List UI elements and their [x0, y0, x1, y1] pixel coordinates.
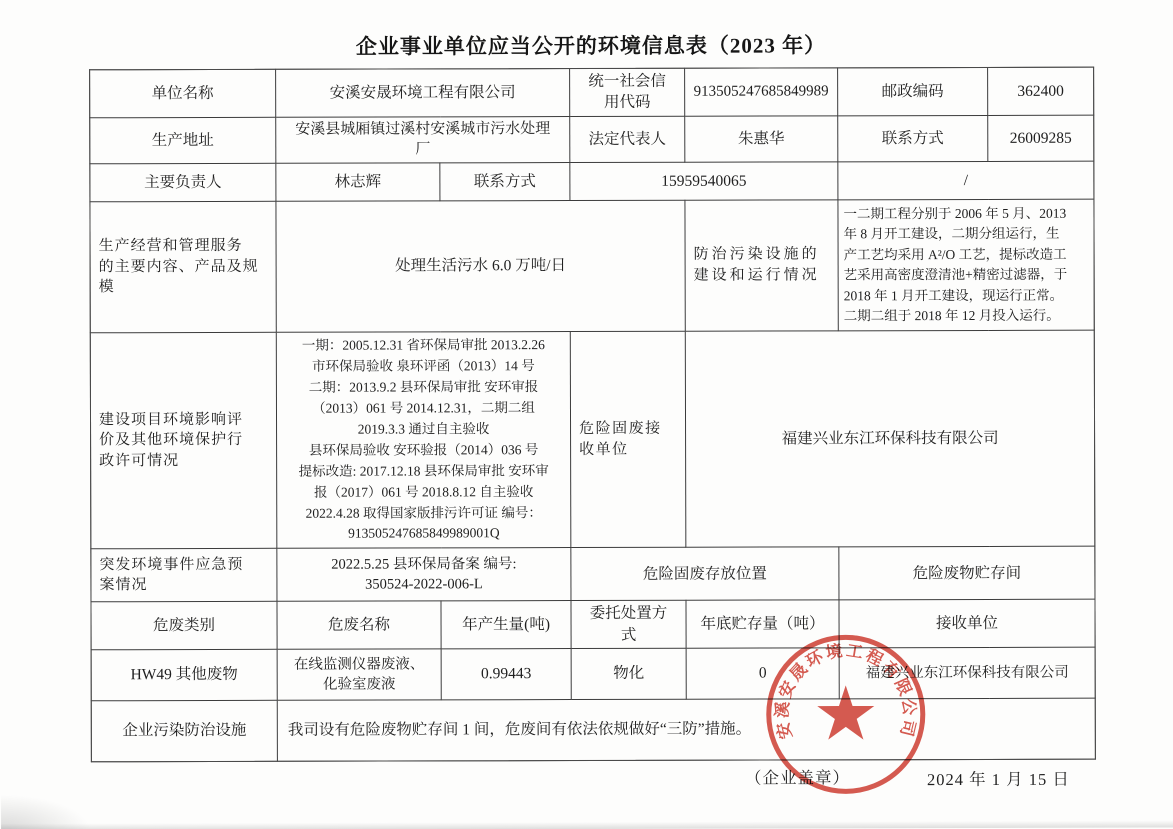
eia-value: 一期：2005.12.31 省环保局审批 2013.2.26 市环保局验收 泉环… — [276, 332, 571, 549]
emergency-plan-value: 2022.5.25 县环保局备案 编号: 350524-2022-006-L — [277, 548, 571, 602]
unit-name-value: 安溪安晟环境工程有限公司 — [276, 69, 570, 118]
contact-label: 联系方式 — [838, 115, 988, 162]
waste-name-header: 危废名称 — [277, 601, 441, 649]
yearend-storage-value: 0 — [686, 648, 839, 699]
company-stamp-note: （企业盖章） — [745, 764, 850, 788]
hazwaste-receiver-label: 危险固废接 收单位 — [570, 331, 686, 548]
table-row: 建设项目环境影响评 价及其他环境保护行 政许可情况 一期：2005.12.31 … — [90, 330, 1095, 549]
contact2-label: 联系方式 — [440, 163, 570, 201]
page-title: 企业事业单位应当公开的环境信息表（2023 年） — [89, 29, 1093, 62]
address-value: 安溪县城厢镇过溪村安溪城市污水处理 厂 — [276, 116, 570, 163]
scan-bottom-edge — [1, 820, 1173, 829]
legal-rep-label: 法定代表人 — [570, 116, 685, 163]
unit-name-label: 单位名称 — [90, 69, 276, 117]
disposal-method-header: 委托处置方 式 — [571, 601, 686, 649]
storage-location-label: 危险固废存放位置 — [571, 547, 839, 601]
disposal-method-value: 物化 — [571, 648, 686, 699]
table-row: 突发环境事件应急预 案情况 2022.5.25 县环保局备案 编号: 35052… — [91, 547, 1095, 603]
table-row: 生产经营和管理服务 的主要内容、产品及规 模 处理生活污水 6.0 万吨/日 防… — [90, 199, 1094, 333]
legal-rep-value: 朱惠华 — [685, 116, 838, 163]
postal-code-value: 362400 — [988, 67, 1094, 115]
pollution-control-label: 企业污染防治设施 — [91, 700, 277, 761]
table-header-row: 危废类别 危废名称 年产生量(吨) 委托处置方 式 年底贮存量（吨） 接收单位 — [91, 600, 1095, 650]
document-date: 2024 年 1 月 15 日 — [927, 766, 1070, 790]
pollution-facility-label: 防治污染设施的 建设和运行情况 — [685, 200, 838, 331]
contact-value: 26009285 — [988, 115, 1094, 162]
principal-value: 林志辉 — [276, 163, 440, 201]
address-label: 生产地址 — [90, 117, 276, 164]
storage-location-value: 危险废物贮存间 — [839, 547, 1095, 601]
eia-label: 建设项目环境影响评 价及其他环境保护行 政许可情况 — [90, 332, 277, 549]
annual-output-value: 0.99443 — [441, 649, 571, 700]
credit-code-value: 913505247685849989 — [685, 68, 838, 116]
waste-category-value: HW49 其他废物 — [91, 649, 277, 700]
business-scope-label: 生产经营和管理服务 的主要内容、产品及规 模 — [90, 201, 276, 332]
pollution-facility-value: 一二期工程分别于 2006 年 5 月、2013 年 8 月开工建设，二期分组运… — [838, 199, 1094, 331]
emergency-plan-label: 突发环境事件应急预 案情况 — [91, 549, 277, 602]
hazwaste-receiver-value: 福建兴业东江环保科技有限公司 — [685, 330, 1095, 547]
table-row: 单位名称 安溪安晟环境工程有限公司 统一社会信 用代码 913505247685… — [90, 67, 1094, 117]
receiver-header: 接收单位 — [839, 600, 1095, 648]
principal-label: 主要负责人 — [90, 163, 276, 201]
table-row: 企业污染防治设施 我司设有危险废物贮存间 1 间，危废间有依法依规做好“三防”措… — [91, 698, 1095, 762]
yearend-storage-header: 年底贮存量（吨） — [686, 600, 839, 648]
slash-value: / — [838, 161, 1094, 200]
table-row: 生产地址 安溪县城厢镇过溪村安溪城市污水处理 厂 法定代表人 朱惠华 联系方式 … — [90, 115, 1094, 164]
waste-category-header: 危废类别 — [91, 602, 277, 650]
annual-output-header: 年产生量(吨) — [441, 601, 571, 649]
business-scope-value: 处理生活污水 6.0 万吨/日 — [276, 200, 685, 332]
table-row: 主要负责人 林志辉 联系方式 15959540065 / — [90, 161, 1094, 202]
contact2-value: 15959540065 — [570, 162, 838, 201]
waste-name-value: 在线监测仪器废液、 化验室废液 — [277, 649, 441, 700]
credit-code-label: 统一社会信 用代码 — [570, 68, 685, 116]
scanned-document-page: 企业事业单位应当公开的环境信息表（2023 年） 单位名称 安溪安晟环境工程有限… — [0, 0, 1173, 829]
receiver-value: 福建兴业东江环保科技有限公司 — [839, 647, 1095, 699]
table-row: HW49 其他废物 在线监测仪器废液、 化验室废液 0.99443 物化 0 福… — [91, 647, 1095, 701]
postal-code-label: 邮政编码 — [838, 67, 988, 115]
environment-info-table: 单位名称 安溪安晟环境工程有限公司 统一社会信 用代码 913505247685… — [89, 67, 1096, 763]
pollution-control-value: 我司设有危险废物贮存间 1 间，危废间有依法依规做好“三防”措施。 — [277, 698, 1095, 761]
